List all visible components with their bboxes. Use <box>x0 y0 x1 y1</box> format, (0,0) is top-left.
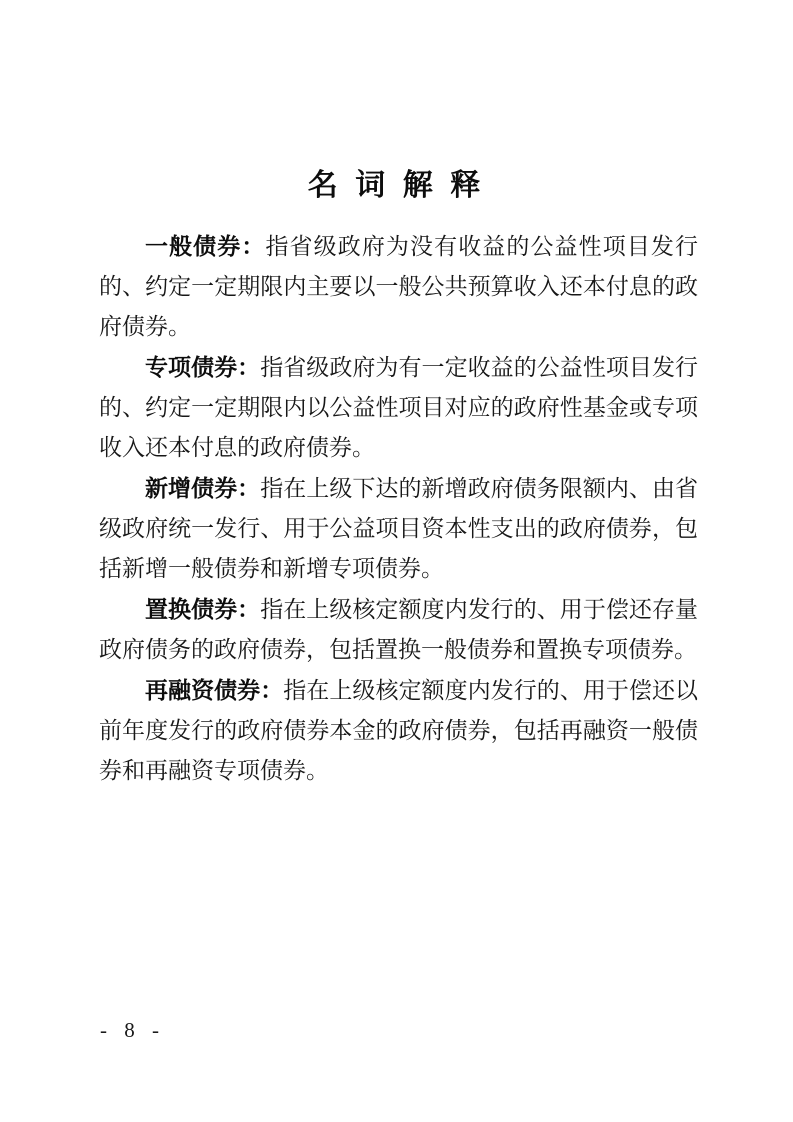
definition-term-general-bond: 一般债券： <box>145 233 265 259</box>
document-page: 名 词 解 释 一般债券：指省级政府为没有收益的公益性项目发行的、约定一定期限内… <box>0 0 793 1122</box>
definition-term-refinancing-bond: 再融资债券： <box>145 677 283 703</box>
definition-paragraph-general-bond: 一般债券：指省级政府为没有收益的公益性项目发行的、约定一定期限内主要以一般公共预… <box>99 226 698 347</box>
definition-paragraph-refinancing-bond: 再融资债券：指在上级核定额度内发行的、用于偿还以前年度发行的政府债券本金的政府债… <box>99 670 698 791</box>
definition-paragraph-special-bond: 专项债券：指省级政府为有一定收益的公益性项目发行的、约定一定期限内以公益性项目对… <box>99 347 698 468</box>
definition-term-special-bond: 专项债券： <box>145 354 260 380</box>
page-number: - 8 - <box>100 1018 165 1043</box>
definition-paragraph-replacement-bond: 置换债券：指在上级核定额度内发行的、用于偿还存量政府债务的政府债券，包括置换一般… <box>99 589 698 670</box>
definition-term-new-bond: 新增债券： <box>145 475 260 501</box>
definition-term-replacement-bond: 置换债券： <box>145 596 260 622</box>
definitions-body: 一般债券：指省级政府为没有收益的公益性项目发行的、约定一定期限内主要以一般公共预… <box>99 226 698 791</box>
definition-paragraph-new-bond: 新增债券：指在上级下达的新增政府债务限额内、由省级政府统一发行、用于公益项目资本… <box>99 468 698 589</box>
page-title: 名 词 解 释 <box>0 160 793 204</box>
